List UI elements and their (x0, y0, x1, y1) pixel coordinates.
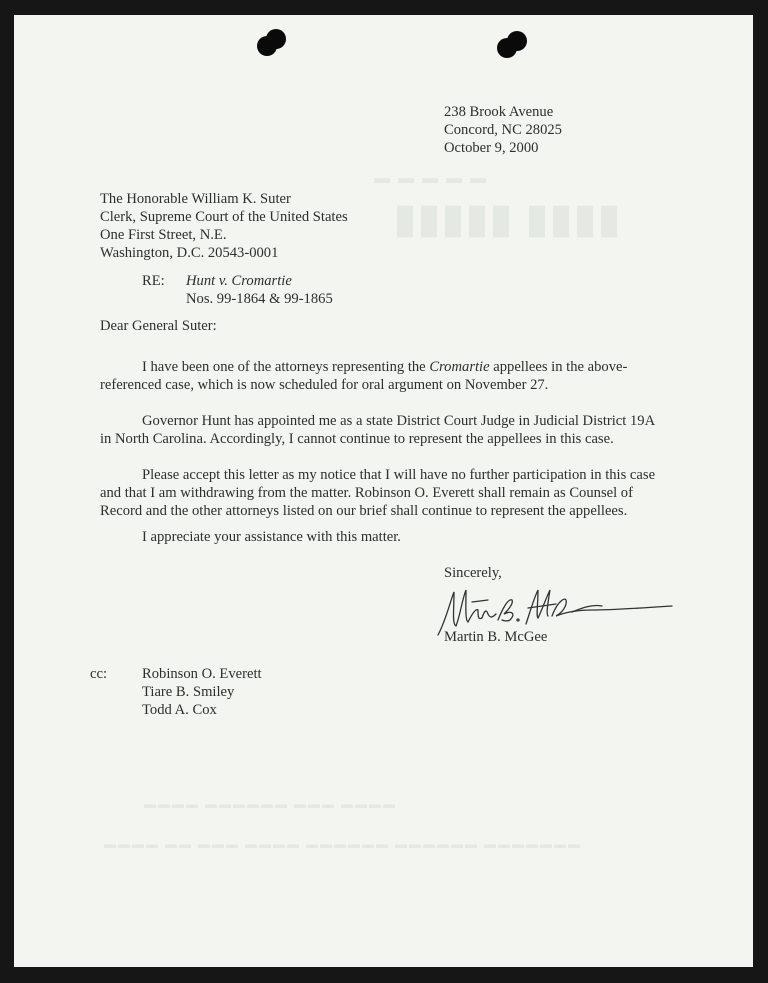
bleed-through-text: ▬ ▬ ▬ ▬ ▬ (374, 170, 488, 188)
bleed-through-footer: ▬▬▬▬ ▬▬▬▬▬▬ ▬▬▬ ▬▬▬▬ (144, 795, 397, 813)
recipient-title: Clerk, Supreme Court of the United State… (100, 208, 348, 226)
cromartie-italic: Cromartie (429, 359, 489, 375)
paragraph-4: I appreciate your assistance with this m… (100, 528, 620, 546)
case-numbers: Nos. 99-1864 & 99-1865 (186, 290, 333, 308)
paragraph-3: Please accept this letter as my notice t… (100, 466, 620, 520)
case-name: Hunt v. Cromartie (186, 273, 292, 289)
bleed-through-footer-2: ▬▬▬▬ ▬▬ ▬▬▬ ▬▬▬▬ ▬▬▬▬▬▬ ▬▬▬▬▬▬ ▬▬▬▬▬▬▬ (104, 835, 582, 853)
recipient-name: The Honorable William K. Suter (100, 190, 348, 208)
recipient-city: Washington, D.C. 20543-0001 (100, 244, 348, 262)
paragraph-2: Governor Hunt has appointed me as a stat… (100, 412, 620, 448)
recipient-address: The Honorable William K. Suter Clerk, Su… (100, 190, 348, 262)
cc-list: Robinson O. Everett Tiare B. Smiley Todd… (142, 665, 262, 719)
letter-date: October 9, 2000 (444, 139, 562, 157)
paragraph-1: I have been one of the attorneys represe… (100, 358, 620, 394)
sender-city: Concord, NC 28025 (444, 121, 562, 139)
bleed-through-heading: ▮▮▮▮▮ ▮▮▮▮ (394, 210, 622, 228)
re-label: RE: (142, 272, 165, 290)
salutation: Dear General Suter: (100, 317, 217, 335)
re-block: Hunt v. Cromartie Nos. 99-1864 & 99-1865 (186, 272, 333, 308)
letter-page: ▬ ▬ ▬ ▬ ▬ ▮▮▮▮▮ ▮▮▮▮ 238 Brook Avenue Co… (14, 15, 753, 967)
sender-address: 238 Brook Avenue Concord, NC 28025 Octob… (444, 103, 562, 157)
punch-hole-left-b (266, 29, 286, 49)
cc-recipient: Robinson O. Everett (142, 665, 262, 683)
recipient-street: One First Street, N.E. (100, 226, 348, 244)
cc-recipient: Todd A. Cox (142, 701, 262, 719)
punch-hole-right-b (507, 31, 527, 51)
signer-name: Martin B. McGee (444, 628, 547, 646)
cc-label: cc: (90, 665, 107, 683)
cc-recipient: Tiare B. Smiley (142, 683, 262, 701)
sender-street: 238 Brook Avenue (444, 103, 562, 121)
